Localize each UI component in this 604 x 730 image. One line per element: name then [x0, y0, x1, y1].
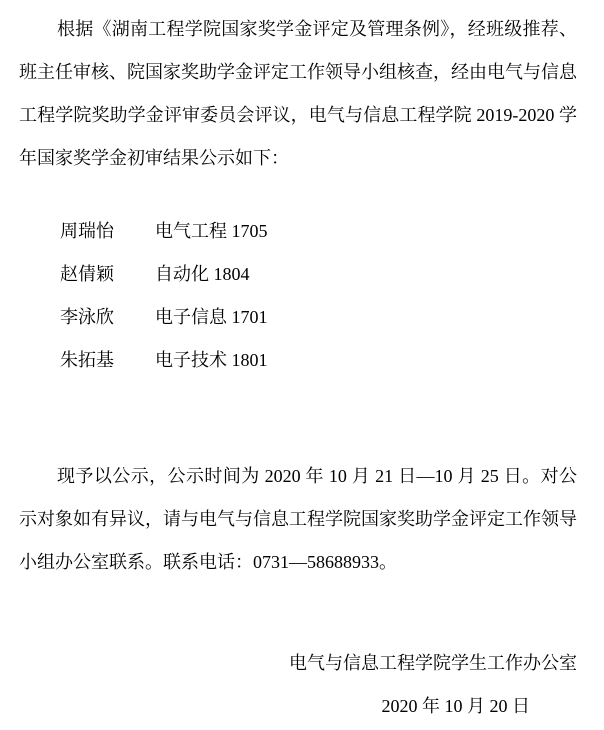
signature-line: 电气与信息工程学院学生工作办公室 — [19, 642, 577, 685]
student-row: 周瑞怡电气工程 1705 — [19, 210, 577, 253]
student-class: 电气工程 1705 — [155, 221, 268, 241]
student-name: 李泳欣 — [60, 296, 155, 339]
date-line: 2020 年 10 月 20 日 — [19, 685, 577, 728]
notice-paragraph: 现予以公示，公示时间为 2020 年 10 月 21 日—10 月 25 日。对… — [19, 455, 577, 584]
student-row: 李泳欣电子信息 1701 — [19, 296, 577, 339]
student-row: 朱拓基电子技术 1801 — [19, 339, 577, 382]
student-name: 周瑞怡 — [60, 210, 155, 253]
signature-block: 电气与信息工程学院学生工作办公室 2020 年 10 月 20 日 — [19, 642, 577, 728]
intro-paragraph: 根据《湖南工程学院国家奖学金评定及管理条例》，经班级推荐、班主任审核、院国家奖助… — [19, 8, 577, 180]
student-class: 电子信息 1701 — [155, 307, 268, 327]
student-name: 赵倩颖 — [60, 253, 155, 296]
student-name: 朱拓基 — [60, 339, 155, 382]
student-row: 赵倩颖自动化 1804 — [19, 253, 577, 296]
student-class: 电子技术 1801 — [155, 350, 268, 370]
student-class: 自动化 1804 — [155, 264, 250, 284]
student-list: 周瑞怡电气工程 1705 赵倩颖自动化 1804 李泳欣电子信息 1701 朱拓… — [19, 210, 577, 382]
announcement-document: 根据《湖南工程学院国家奖学金评定及管理条例》，经班级推荐、班主任审核、院国家奖助… — [0, 0, 604, 730]
